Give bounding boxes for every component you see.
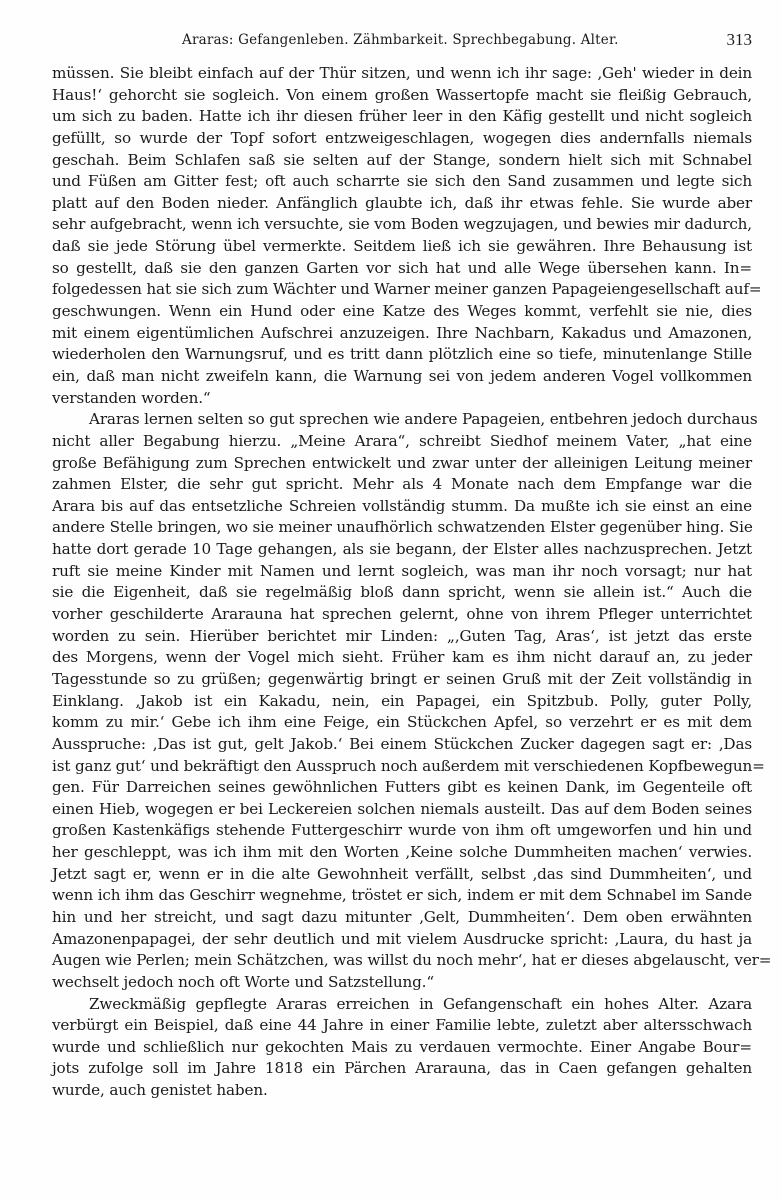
text-line: wiederholen den Warnungsruf, und es trit… (52, 344, 752, 366)
text-line: Zweckmäßig gepflegte Araras erreichen in… (52, 994, 752, 1016)
text-line: jots zufolge soll im Jahre 1818 ein Pärc… (52, 1058, 752, 1080)
text-line: daß sie jede Störung übel vermerkte. Sei… (52, 236, 752, 258)
running-title: Araras: Gefangenleben. Zähmbarkeit. Spre… (182, 32, 619, 48)
text-line: geschwungen. Wenn ein Hund oder eine Kat… (52, 301, 752, 323)
text-line: zahmen Elster, die sehr gut spricht. Meh… (52, 474, 752, 496)
text-line: großen Kastenkäfigs stehende Futtergesch… (52, 820, 752, 842)
text-line: und Füßen am Gitter fest; oft auch schar… (52, 171, 752, 193)
text-line: worden zu sein. Hierüber berichtet mir L… (52, 626, 752, 648)
text-line: andere Stelle bringen, wo sie meiner una… (52, 517, 752, 539)
body-text: müssen. Sie bleibt einfach auf der Thür … (52, 63, 752, 1102)
text-line: wenn ich ihm das Geschirr wegnehme, trös… (52, 885, 752, 907)
text-line: ruft sie meine Kinder mit Namen und lern… (52, 561, 752, 583)
text-line: wurde und schließlich nur gekochten Mais… (52, 1037, 752, 1059)
text-line: mit einem eigentümlichen Aufschrei anzuz… (52, 323, 752, 345)
text-line: verstanden worden.“ (52, 388, 752, 410)
text-line: Haus!‘ gehorcht sie sogleich. Von einem … (52, 85, 752, 107)
text-line: verbürgt ein Beispiel, daß eine 44 Jahre… (52, 1015, 752, 1037)
text-line: wurde, auch genistet haben. (52, 1080, 752, 1102)
book-page: Araras: Gefangenleben. Zähmbarkeit. Spre… (0, 0, 782, 1200)
text-line: ein, daß man nicht zweifeln kann, die Wa… (52, 366, 752, 388)
text-line: Ausspruche: ‚Das ist gut, gelt Jakob.‘ B… (52, 734, 752, 756)
text-line: Tagesstunde so zu grüßen; gegenwärtig br… (52, 669, 752, 691)
text-line: hatte dort gerade 10 Tage gehangen, als … (52, 539, 752, 561)
page-number: 313 (727, 30, 753, 50)
text-line: Araras lernen selten so gut sprechen wie… (52, 409, 752, 431)
text-line: Arara bis auf das entsetzliche Schreien … (52, 496, 752, 518)
text-line: um sich zu baden. Hatte ich ihr diesen f… (52, 106, 752, 128)
text-line: folgedessen hat sie sich zum Wächter und… (52, 279, 752, 301)
text-line: gefüllt, so wurde der Topf sofort entzwe… (52, 128, 752, 150)
text-line: sehr aufgebracht, wenn ich versuchte, si… (52, 214, 752, 236)
text-line: her geschleppt, was ich ihm mit den Wort… (52, 842, 752, 864)
text-line: des Morgens, wenn der Vogel mich sieht. … (52, 647, 752, 669)
text-line: müssen. Sie bleibt einfach auf der Thür … (52, 63, 752, 85)
text-line: vorher geschilderte Ararauna hat spreche… (52, 604, 752, 626)
text-line: hin und her streicht, und sagt dazu mitu… (52, 907, 752, 929)
text-line: so gestellt, daß sie den ganzen Garten v… (52, 258, 752, 280)
text-line: ist ganz gut‘ und bekräftigt den Ausspru… (52, 756, 752, 778)
text-line: komm zu mir.‘ Gebe ich ihm eine Feige, e… (52, 712, 752, 734)
text-line: nicht aller Begabung hierzu. „Meine Arar… (52, 431, 752, 453)
text-line: geschah. Beim Schlafen saß sie selten au… (52, 150, 752, 172)
text-line: platt auf den Boden nieder. Anfänglich g… (52, 193, 752, 215)
text-line: Jetzt sagt er, wenn er in die alte Gewoh… (52, 864, 752, 886)
text-line: große Befähigung zum Sprechen entwickelt… (52, 453, 752, 475)
text-line: sie die Eigenheit, daß sie regelmäßig bl… (52, 582, 752, 604)
text-line: Einklang. ‚Jakob ist ein Kakadu, nein, e… (52, 691, 752, 713)
text-line: wechselt jedoch noch oft Worte und Satzs… (52, 972, 752, 994)
text-line: gen. Für Darreichen seines gewöhnlichen … (52, 777, 752, 799)
text-line: einen Hieb, wogegen er bei Leckereien so… (52, 799, 752, 821)
text-line: Amazonenpapagei, der sehr deutlich und m… (52, 929, 752, 951)
running-head: Araras: Gefangenleben. Zähmbarkeit. Spre… (52, 30, 754, 54)
text-line: Augen wie Perlen; mein Schätzchen, was w… (52, 950, 752, 972)
